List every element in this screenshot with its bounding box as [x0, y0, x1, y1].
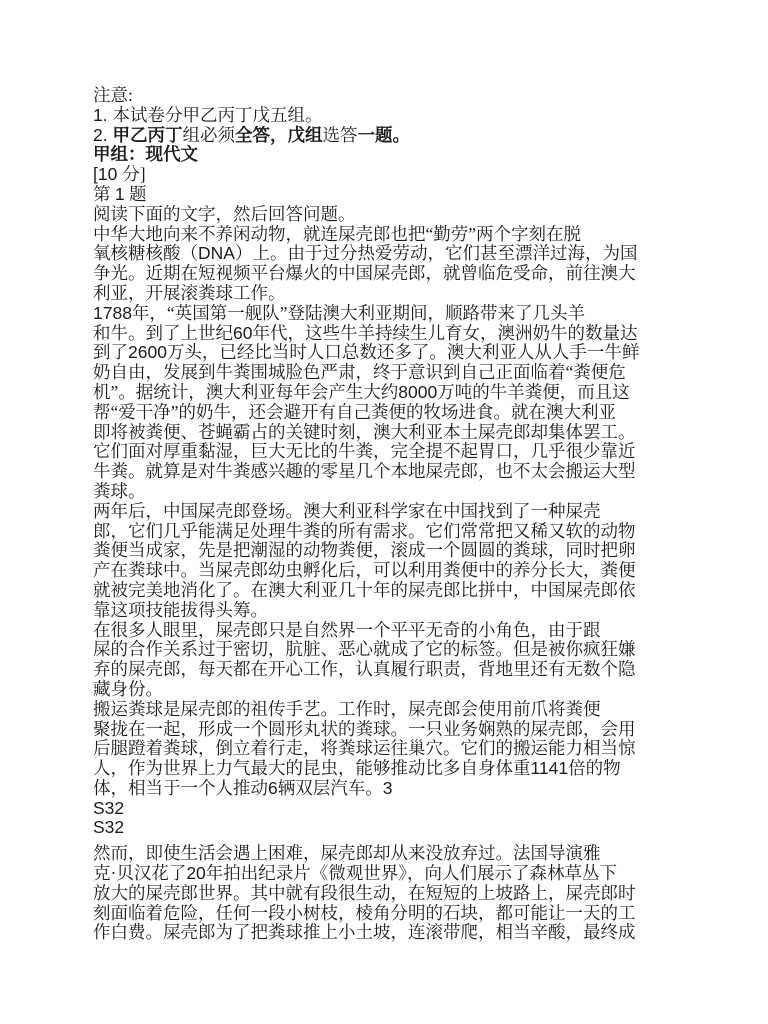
- text-segment: 屎的合作关系过于密切，肮脏、恶心就成了它的标签。但是被你疯狂嫌: [93, 639, 636, 659]
- passage-line: 机”。据统计，澳大利亚每年会产生大约8000万吨的牛羊粪便，而且这: [93, 383, 699, 403]
- text-segment: 克·贝汉花了: [93, 863, 186, 883]
- passage-line: 聚拢在一起，形成一个圆形丸状的粪球。一只业务娴熟的屎壳郎，会用: [93, 720, 699, 740]
- text-segment: 两年后，中国屎壳郎登场。澳大利亚科学家在中国找到了一种屎壳: [93, 501, 601, 521]
- text-segment: 年，“英国第一舰队”登陆澳大利亚期间，顺路带来了几头羊: [132, 303, 585, 323]
- text-segment: 到了: [93, 342, 128, 362]
- text-segment: 中华大地向来不养闲动物，就连屎壳郎也把“勤劳”两个字刻在脱: [93, 224, 581, 244]
- passage-line: 放大的屎壳郎世界。其中就有段很生动，在短短的上坡路上，屎壳郎时: [93, 884, 699, 904]
- passage-line: 即将被粪便、苍蝇霸占的关键时刻，澳大利亚本土屎壳郎却集体罢工。: [93, 423, 699, 443]
- passage-line: 搬运粪球是屎壳郎的祖传手艺。工作时，屎壳郎会使用前爪将粪便: [93, 700, 699, 720]
- passage-line: 作白费。屎壳郎为了把粪球推上小土坡，连滚带爬，相当辛酸，最终成: [93, 923, 699, 943]
- passage-line: 粪球。: [93, 482, 699, 502]
- text-segment: 年代，这些牛羊持续生儿育女，澳洲奶牛的数量达: [252, 323, 637, 343]
- text-segment: 氧核糖核酸（: [93, 243, 198, 263]
- text-segment: 弃的屎壳郎，每天都在开心工作，认真履行职责，背地里还有无数个隐: [93, 659, 636, 679]
- text-segment: 靠这项技能拔得头筹。: [93, 600, 268, 620]
- text-segment: 争光。近期在短视频平台爆火的中国屎壳郎，就曾临危受命，前往澳大: [93, 263, 636, 283]
- text-segment: DNA: [198, 243, 235, 263]
- passage-line: 氧核糖核酸（DNA）上。由于过分热爱劳动，它们甚至漂洋过海，为国: [93, 244, 699, 264]
- text-segment: 甲组：现代文: [93, 144, 198, 164]
- text-segment: 1: [115, 184, 125, 204]
- text-segment: [10: [93, 164, 122, 184]
- passage-line: 刻面临着危险，任何一段小树枝，棱角分明的石块，都可能让一天的工: [93, 904, 699, 924]
- passage-line: 帮“爱干净”的奶牛，还会避开有自己粪便的牧场进食。就在澳大利亚: [93, 403, 699, 423]
- passage-line: 屎的合作关系过于密切，肮脏、恶心就成了它的标签。但是被你疯狂嫌: [93, 640, 699, 660]
- text-segment: 辆双层汽车。: [278, 778, 383, 798]
- text-segment: 甲乙丙丁: [112, 125, 182, 145]
- text-segment: 粪球。: [93, 481, 146, 501]
- text-segment: 全答，戊组: [235, 125, 323, 145]
- text-segment: 产在粪球中。当屎壳郎幼虫孵化后，可以利用粪便中的养分长大，粪便: [93, 560, 636, 580]
- text-segment: 奶自由，发展到牛粪围城脸色严肃，终于意识到自己正面临着“粪便危: [93, 362, 626, 382]
- text-segment: 聚拢在一起，形成一个圆形丸状的粪球。一只业务娴熟的屎壳郎，会用: [93, 719, 636, 739]
- text-segment: ）上。由于过分热爱劳动，它们甚至漂洋过海，为国: [235, 243, 638, 263]
- text-segment: 藏身份。: [93, 679, 163, 699]
- passage-line: 牛粪。就算是对牛粪感兴趣的零星几个本地屎壳郎，也不太会搬运大型: [93, 462, 699, 482]
- text-segment: 组必须: [182, 125, 235, 145]
- passage-line: 产在粪球中。当屎壳郎幼虫孵化后，可以利用粪便中的养分长大，粪便: [93, 561, 699, 581]
- text-segment: 即将被粪便、苍蝇霸占的关键时刻，澳大利亚本土屎壳郎却集体罢工。: [93, 422, 636, 442]
- passage-line: 然而，即使生活会遇上困难，屎壳郎却从来没放弃过。法国导演雅: [93, 844, 699, 864]
- text-segment: 20: [186, 863, 205, 883]
- text-segment: 就被完美地消化了。在澳大利亚几十年的屎壳郎比拼中，中国屎壳郎依: [93, 580, 636, 600]
- passage-line: 两年后，中国屎壳郎登场。澳大利亚科学家在中国找到了一种屎壳: [93, 502, 699, 522]
- document-page: 注意:1. 本试卷分甲乙丙丁戊五组。2. 甲乙丙丁组必须全答，戊组选答一题。甲组…: [0, 0, 768, 1024]
- text-segment: S32: [93, 817, 124, 837]
- text-segment: 和牛。到了上世纪: [93, 323, 233, 343]
- text-segment: 郎，它们几乎能满足处理牛粪的所有需求。它们常常把又稀又软的动物: [93, 521, 636, 541]
- passage-line: 争光。近期在短视频平台爆火的中国屎壳郎，就曾临危受命，前往澳大: [93, 264, 699, 284]
- passage-line: 中华大地向来不养闲动物，就连屎壳郎也把“勤劳”两个字刻在脱: [93, 225, 699, 245]
- instruction-2: 2. 甲乙丙丁组必须全答，戊组选答一题。: [93, 126, 699, 146]
- text-segment: 1788: [93, 303, 132, 323]
- question-number: 第 1 题: [93, 185, 699, 205]
- text-segment: 机”。据统计，澳大利亚每年会产生大约: [93, 382, 398, 402]
- text-segment: 第: [93, 184, 115, 204]
- passage-line: 到了2600万头，已经比当时人口总数还多了。澳大利亚人从人手一牛鲜: [93, 343, 699, 363]
- text-segment: 搬运粪球是屎壳郎的祖传手艺。工作时，屎壳郎会使用前爪将粪便: [93, 699, 601, 719]
- text-segment: 后腿蹬着粪球，倒立着行走，将粪球运往巢穴。它们的搬运能力相当惊: [93, 738, 636, 758]
- text-segment: 万头，已经比当时人口总数还多了。澳大利亚人从人手一牛鲜: [167, 342, 640, 362]
- passage-line: 弃的屎壳郎，每天都在开心工作，认真履行职责，背地里还有无数个隐: [93, 660, 699, 680]
- text-segment: 它们面对厚重黏湿，巨大无比的牛粪，完全提不起胃口，几乎很少靠近: [93, 441, 636, 461]
- text-segment: 2.: [93, 125, 112, 145]
- text-segment: 3: [383, 778, 393, 798]
- text-segment: 一题。: [357, 125, 410, 145]
- passage-line: 利亚，开展滚粪球工作。: [93, 284, 699, 304]
- notice-label: 注意:: [93, 86, 699, 106]
- text-segment: 1141: [531, 758, 569, 778]
- text-segment: 牛粪。就算是对牛粪感兴趣的零星几个本地屎壳郎，也不太会搬运大型: [93, 461, 636, 481]
- text-segment: 刻面临着危险，任何一段小树枝，棱角分明的石块，都可能让一天的工: [93, 903, 636, 923]
- passage-line: 粪便当成家，先是把潮湿的动物粪便，滚成一个圆圆的粪球，同时把卵: [93, 541, 699, 561]
- text-segment: 在很多人眼里，屎壳郎只是自然界一个平平无奇的小角色，由于跟: [93, 620, 601, 640]
- text-segment: 选答: [322, 125, 357, 145]
- points-label: [10 分]: [93, 165, 699, 185]
- passage-line: 它们面对厚重黏湿，巨大无比的牛粪，完全提不起胃口，几乎很少靠近: [93, 442, 699, 462]
- text-segment: 60: [233, 323, 252, 343]
- text-segment: 8000: [398, 382, 437, 402]
- text-segment: 万吨的牛羊粪便，而且这: [437, 382, 630, 402]
- passage-line: 就被完美地消化了。在澳大利亚几十年的屎壳郎比拼中，中国屎壳郎依: [93, 581, 699, 601]
- passage-line: 1788年，“英国第一舰队”登陆澳大利亚期间，顺路带来了几头羊: [93, 304, 699, 324]
- text-segment: 帮“爱干净”的奶牛，还会避开有自己粪便的牧场进食。就在澳大利亚: [93, 402, 616, 422]
- passage-line: 郎，它们几乎能满足处理牛粪的所有需求。它们常常把又稀又软的动物: [93, 522, 699, 542]
- passage-line: 后腿蹬着粪球，倒立着行走，将粪球运往巢穴。它们的搬运能力相当惊: [93, 739, 699, 759]
- text-segment: 注意:: [93, 85, 133, 105]
- text-segment: 6: [268, 778, 278, 798]
- reading-prompt: 阅读下面的文字，然后回答问题。: [93, 205, 699, 225]
- artifact-line: S32: [93, 818, 699, 838]
- text-segment: 倍的物: [568, 758, 621, 778]
- text-segment: 然而，即使生活会遇上困难，屎壳郎却从来没放弃过。法国导演雅: [93, 843, 601, 863]
- text-segment: 2600: [128, 342, 167, 362]
- text-segment: 阅读下面的文字，然后回答问题。: [93, 204, 356, 224]
- section-heading: 甲组：现代文: [93, 145, 699, 165]
- passage-line: 在很多人眼里，屎壳郎只是自然界一个平平无奇的小角色，由于跟: [93, 621, 699, 641]
- text-segment: 利亚，开展滚粪球工作。: [93, 283, 286, 303]
- text-segment: 分]: [122, 164, 145, 184]
- text-segment: 作白费。屎壳郎为了把粪球推上小土坡，连滚带爬，相当辛酸，最终成: [93, 922, 636, 942]
- text-segment: 体，相当于一个人推动: [93, 778, 268, 798]
- text-segment: 放大的屎壳郎世界。其中就有段很生动，在短短的上坡路上，屎壳郎时: [93, 883, 636, 903]
- text-segment: 人，作为世界上力气最大的昆虫，能够推动比多自身体重: [93, 758, 531, 778]
- passage-line: 靠这项技能拔得头筹。: [93, 601, 699, 621]
- artifact-line: S32: [93, 799, 699, 819]
- passage-line: 藏身份。: [93, 680, 699, 700]
- text-segment: S32: [93, 798, 124, 818]
- text-segment: 1. 本试卷分甲乙丙丁戊五组。: [93, 105, 322, 125]
- passage-line: 奶自由，发展到牛粪围城脸色严肃，终于意识到自己正面临着“粪便危: [93, 363, 699, 383]
- passage-line: 和牛。到了上世纪60年代，这些牛羊持续生儿育女，澳洲奶牛的数量达: [93, 324, 699, 344]
- text-segment: 粪便当成家，先是把潮湿的动物粪便，滚成一个圆圆的粪球，同时把卵: [93, 540, 636, 560]
- document-text: 注意:1. 本试卷分甲乙丙丁戊五组。2. 甲乙丙丁组必须全答，戊组选答一题。甲组…: [93, 86, 699, 943]
- text-segment: 题: [125, 184, 147, 204]
- passage-line: 克·贝汉花了20年拍出纪录片《微观世界》，向人们展示了森林草丛下: [93, 864, 699, 884]
- instruction-1: 1. 本试卷分甲乙丙丁戊五组。: [93, 106, 699, 126]
- text-segment: 年拍出纪录片《微观世界》，向人们展示了森林草丛下: [206, 863, 617, 883]
- passage-line: 人，作为世界上力气最大的昆虫，能够推动比多自身体重1141倍的物: [93, 759, 699, 779]
- passage-line: 体，相当于一个人推动6辆双层汽车。3: [93, 779, 699, 799]
